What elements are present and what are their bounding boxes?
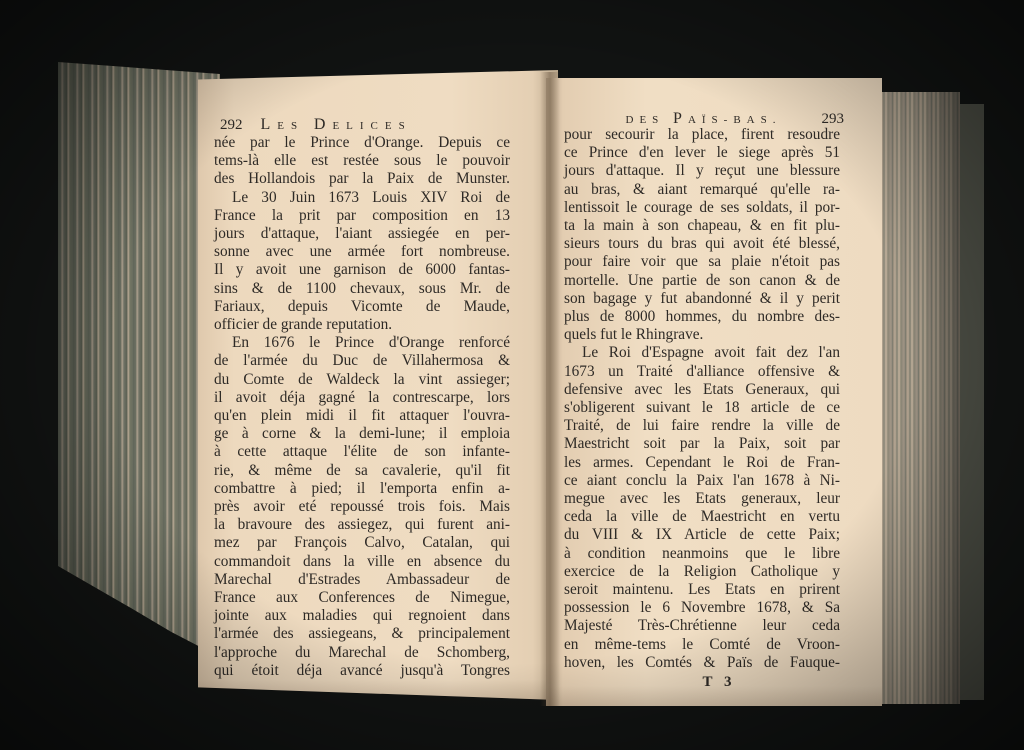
right-page: DES PAÏS-BAS. 293 pour secourir la place… <box>546 78 882 706</box>
text-line: des Hollandois par la Paix de Munster. <box>214 170 510 188</box>
back-cover <box>958 104 984 700</box>
text-line: Il y avoit une garnison de 6000 fantas- <box>214 261 510 279</box>
text-line: Fariaux, depuis Vicomte de Maude, <box>214 298 510 316</box>
text-line: ta la main à son chapeau, & en fit plu- <box>564 217 840 235</box>
text-line: près avoir eté repoussé trois fois. Mais <box>214 498 510 516</box>
text-line: mortelle. Une partie de son canon & de <box>564 272 840 290</box>
text-line: l'armée des assiegeans, & principalement <box>214 625 510 643</box>
text-line: qui étoit déja avancé jusqu'à Tongres <box>214 662 510 680</box>
text-line: mez par François Calvo, Catalan, qui <box>214 534 510 552</box>
text-line: au bras, & aiant remarqué qu'elle ra- <box>564 181 840 199</box>
text-line: Marechal d'Estrades Ambassadeur de <box>214 571 510 589</box>
text-line: tems-là elle est restée sous le pouvoir <box>214 152 510 170</box>
text-line: ce Prince d'en lever le siege après 51 <box>564 144 840 162</box>
text-line: son bagage y fut abandonné & il y perit <box>564 290 840 308</box>
text-line: Le 30 Juin 1673 Louis XIV Roi de <box>214 189 510 207</box>
text-line: pour faire voir que sa plaie n'étoit pas <box>564 253 840 271</box>
running-title: LES DELICES <box>261 116 412 134</box>
text-line: s'obligerent suivant le 18 article de ce <box>564 399 840 417</box>
text-line: combattre à pied; il l'emporta enfin a- <box>214 480 510 498</box>
text-line: seroit maintenu. Les Etats en prirent <box>564 581 840 599</box>
text-line: Majesté Très-Chrétienne leur ceda <box>564 617 840 635</box>
text-line: née par le Prince d'Orange. Depuis ce <box>214 134 510 152</box>
text-line: rie, & même de sa cavalerie, qu'il fit <box>214 462 510 480</box>
text-line: lentissoit le courage de ses soldats, il… <box>564 199 840 217</box>
text-line: l'approche du Marechal de Schomberg, <box>214 644 510 662</box>
running-head-left: 292 LES DELICES <box>220 116 552 134</box>
text-line: France aux Conferences de Nimegue, <box>214 589 510 607</box>
text-line: en même-tems le Comté de Vroon- <box>564 636 840 654</box>
left-page: 292 LES DELICES née par le Prince d'Oran… <box>198 70 558 700</box>
text-line: possession le 6 Novembre 1678, & Sa <box>564 599 840 617</box>
left-page-edges <box>58 62 220 662</box>
text-line: sieurs tours du bras qui avoit été bless… <box>564 235 840 253</box>
text-line: officier de grande reputation. <box>214 316 510 334</box>
text-line: à condition neanmoins que le libre <box>564 545 840 563</box>
text-line: jours d'attaque, l'aiant assiegée en per… <box>214 225 510 243</box>
text-line: 1673 un Traité d'alliance offensive & <box>564 363 840 381</box>
text-line: ceda la ville de Maestricht en vertu <box>564 508 840 526</box>
text-line: commandoit dans la ville en absence du <box>214 553 510 571</box>
text-line: defensive avec les Etats Generaux, qui <box>564 381 840 399</box>
text-line: Maestricht soit par la Paix, soit par <box>564 435 840 453</box>
text-line: quels fut le Rhingrave. <box>564 326 840 344</box>
text-line: à cette attaque l'élite de son infante- <box>214 443 510 461</box>
body-text: née par le Prince d'Orange. Depuis ce te… <box>214 134 510 680</box>
text-line: ge à corne & la demi-lune; il emploia <box>214 425 510 443</box>
book-gutter <box>540 72 560 706</box>
text-line: Le Roi d'Espagne avoit fait dez l'an <box>564 344 840 362</box>
text-line: qu'en plein midi il fit attaquer l'ouvra… <box>214 407 510 425</box>
body-text: pour secourir la place, firent resoudre … <box>564 126 840 672</box>
right-page-edges <box>880 92 960 704</box>
text-line: jointe aux maladies qui regnoient dans <box>214 607 510 625</box>
page-shadow <box>546 686 882 706</box>
page-number: 292 <box>220 117 243 134</box>
text-line: megue avec les Etats generaux, leur <box>564 490 840 508</box>
text-line: jours d'attaque. Il y reçut une blessure <box>564 162 840 180</box>
text-line: En 1676 le Prince d'Orange renforcé <box>214 334 510 352</box>
text-line: France la prit par composition en 13 <box>214 207 510 225</box>
page-shadow <box>198 680 558 700</box>
text-line: sins & de 1100 chevaux, sous Mr. de <box>214 280 510 298</box>
text-line: les armes. Cependant le Roi de Fran- <box>564 454 840 472</box>
text-line: ce aiant conclu la Paix l'an 1678 à Ni- <box>564 472 840 490</box>
text-line: de l'armée du Duc de Villahermosa & <box>214 352 510 370</box>
text-line: la bravoure des assiegez, qui furent ani… <box>214 516 510 534</box>
text-line: du Comte de Waldeck la vint assieger; <box>214 371 510 389</box>
text-line: du VIII & IX Article de cette Paix; <box>564 526 840 544</box>
text-line: plus de 8000 hommes, du nombre des- <box>564 308 840 326</box>
text-line: Traité, de lui faire rendre la ville de <box>564 417 840 435</box>
text-line: hoven, les Comtés & Païs de Fauque- <box>564 654 840 672</box>
text-line: sonne avec une armée fort nombreuse. <box>214 243 510 261</box>
text-line: exercice de la Religion Catholique y <box>564 563 840 581</box>
text-line: il avoit déja gagné la contrescarpe, lor… <box>214 389 510 407</box>
text-line: pour secourir la place, firent resoudre <box>564 126 840 144</box>
